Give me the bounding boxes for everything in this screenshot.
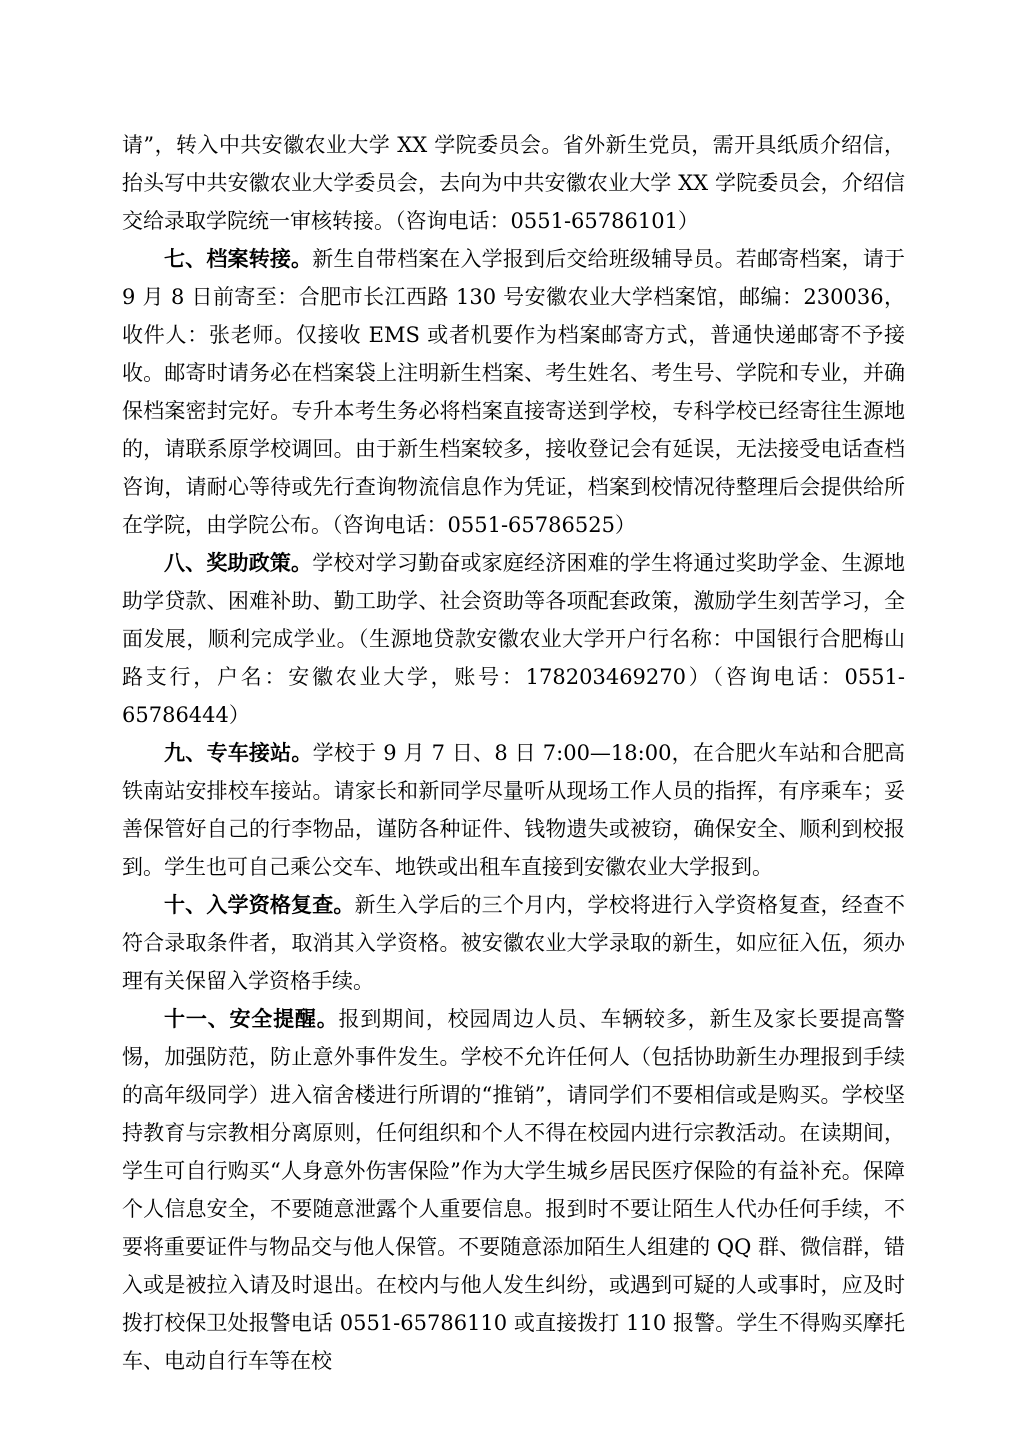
- section-7-heading: 七、档案转接。: [164, 246, 312, 271]
- section-9-shuttle-pickup: 九、专车接站。学校于 9 月 7 日、8 日 7:00—18:00，在合肥火车站…: [122, 734, 905, 886]
- section-10-qualification-review: 十、入学资格复查。新生入学后的三个月内，学校将进行入学资格复查，经查不符合录取条…: [122, 886, 905, 1000]
- section-8-heading: 八、奖助政策。: [164, 550, 312, 575]
- section-7-body: 新生自带档案在入学报到后交给班级辅导员。若邮寄档案，请于 9 月 8 日前寄至：…: [122, 247, 905, 537]
- section-11-safety-reminder: 十一、安全提醒。报到期间，校园周边人员、车辆较多，新生及家长要提高警惕，加强防范…: [122, 1000, 905, 1380]
- section-10-heading: 十、入学资格复查。: [164, 892, 355, 917]
- document-page: 请”，转入中共安徽农业大学 XX 学院委员会。省外新生党员，需开具纸质介绍信，抬…: [0, 0, 1024, 1448]
- section-11-body: 报到期间，校园周边人员、车辆较多，新生及家长要提高警惕，加强防范，防止意外事件发…: [122, 1007, 905, 1373]
- paragraph-text: 请”，转入中共安徽农业大学 XX 学院委员会。省外新生党员，需开具纸质介绍信，抬…: [122, 133, 905, 233]
- section-7-archive-transfer: 七、档案转接。新生自带档案在入学报到后交给班级辅导员。若邮寄档案，请于 9 月 …: [122, 240, 905, 544]
- section-8-aid-policy: 八、奖助政策。学校对学习勤奋或家庭经济困难的学生将通过奖助学金、生源地助学贷款、…: [122, 544, 905, 734]
- paragraph-continuation: 请”，转入中共安徽农业大学 XX 学院委员会。省外新生党员，需开具纸质介绍信，抬…: [122, 126, 905, 240]
- section-11-heading: 十一、安全提醒。: [164, 1006, 339, 1031]
- section-8-body: 学校对学习勤奋或家庭经济困难的学生将通过奖助学金、生源地助学贷款、困难补助、勤工…: [122, 551, 905, 727]
- section-9-heading: 九、专车接站。: [164, 740, 313, 765]
